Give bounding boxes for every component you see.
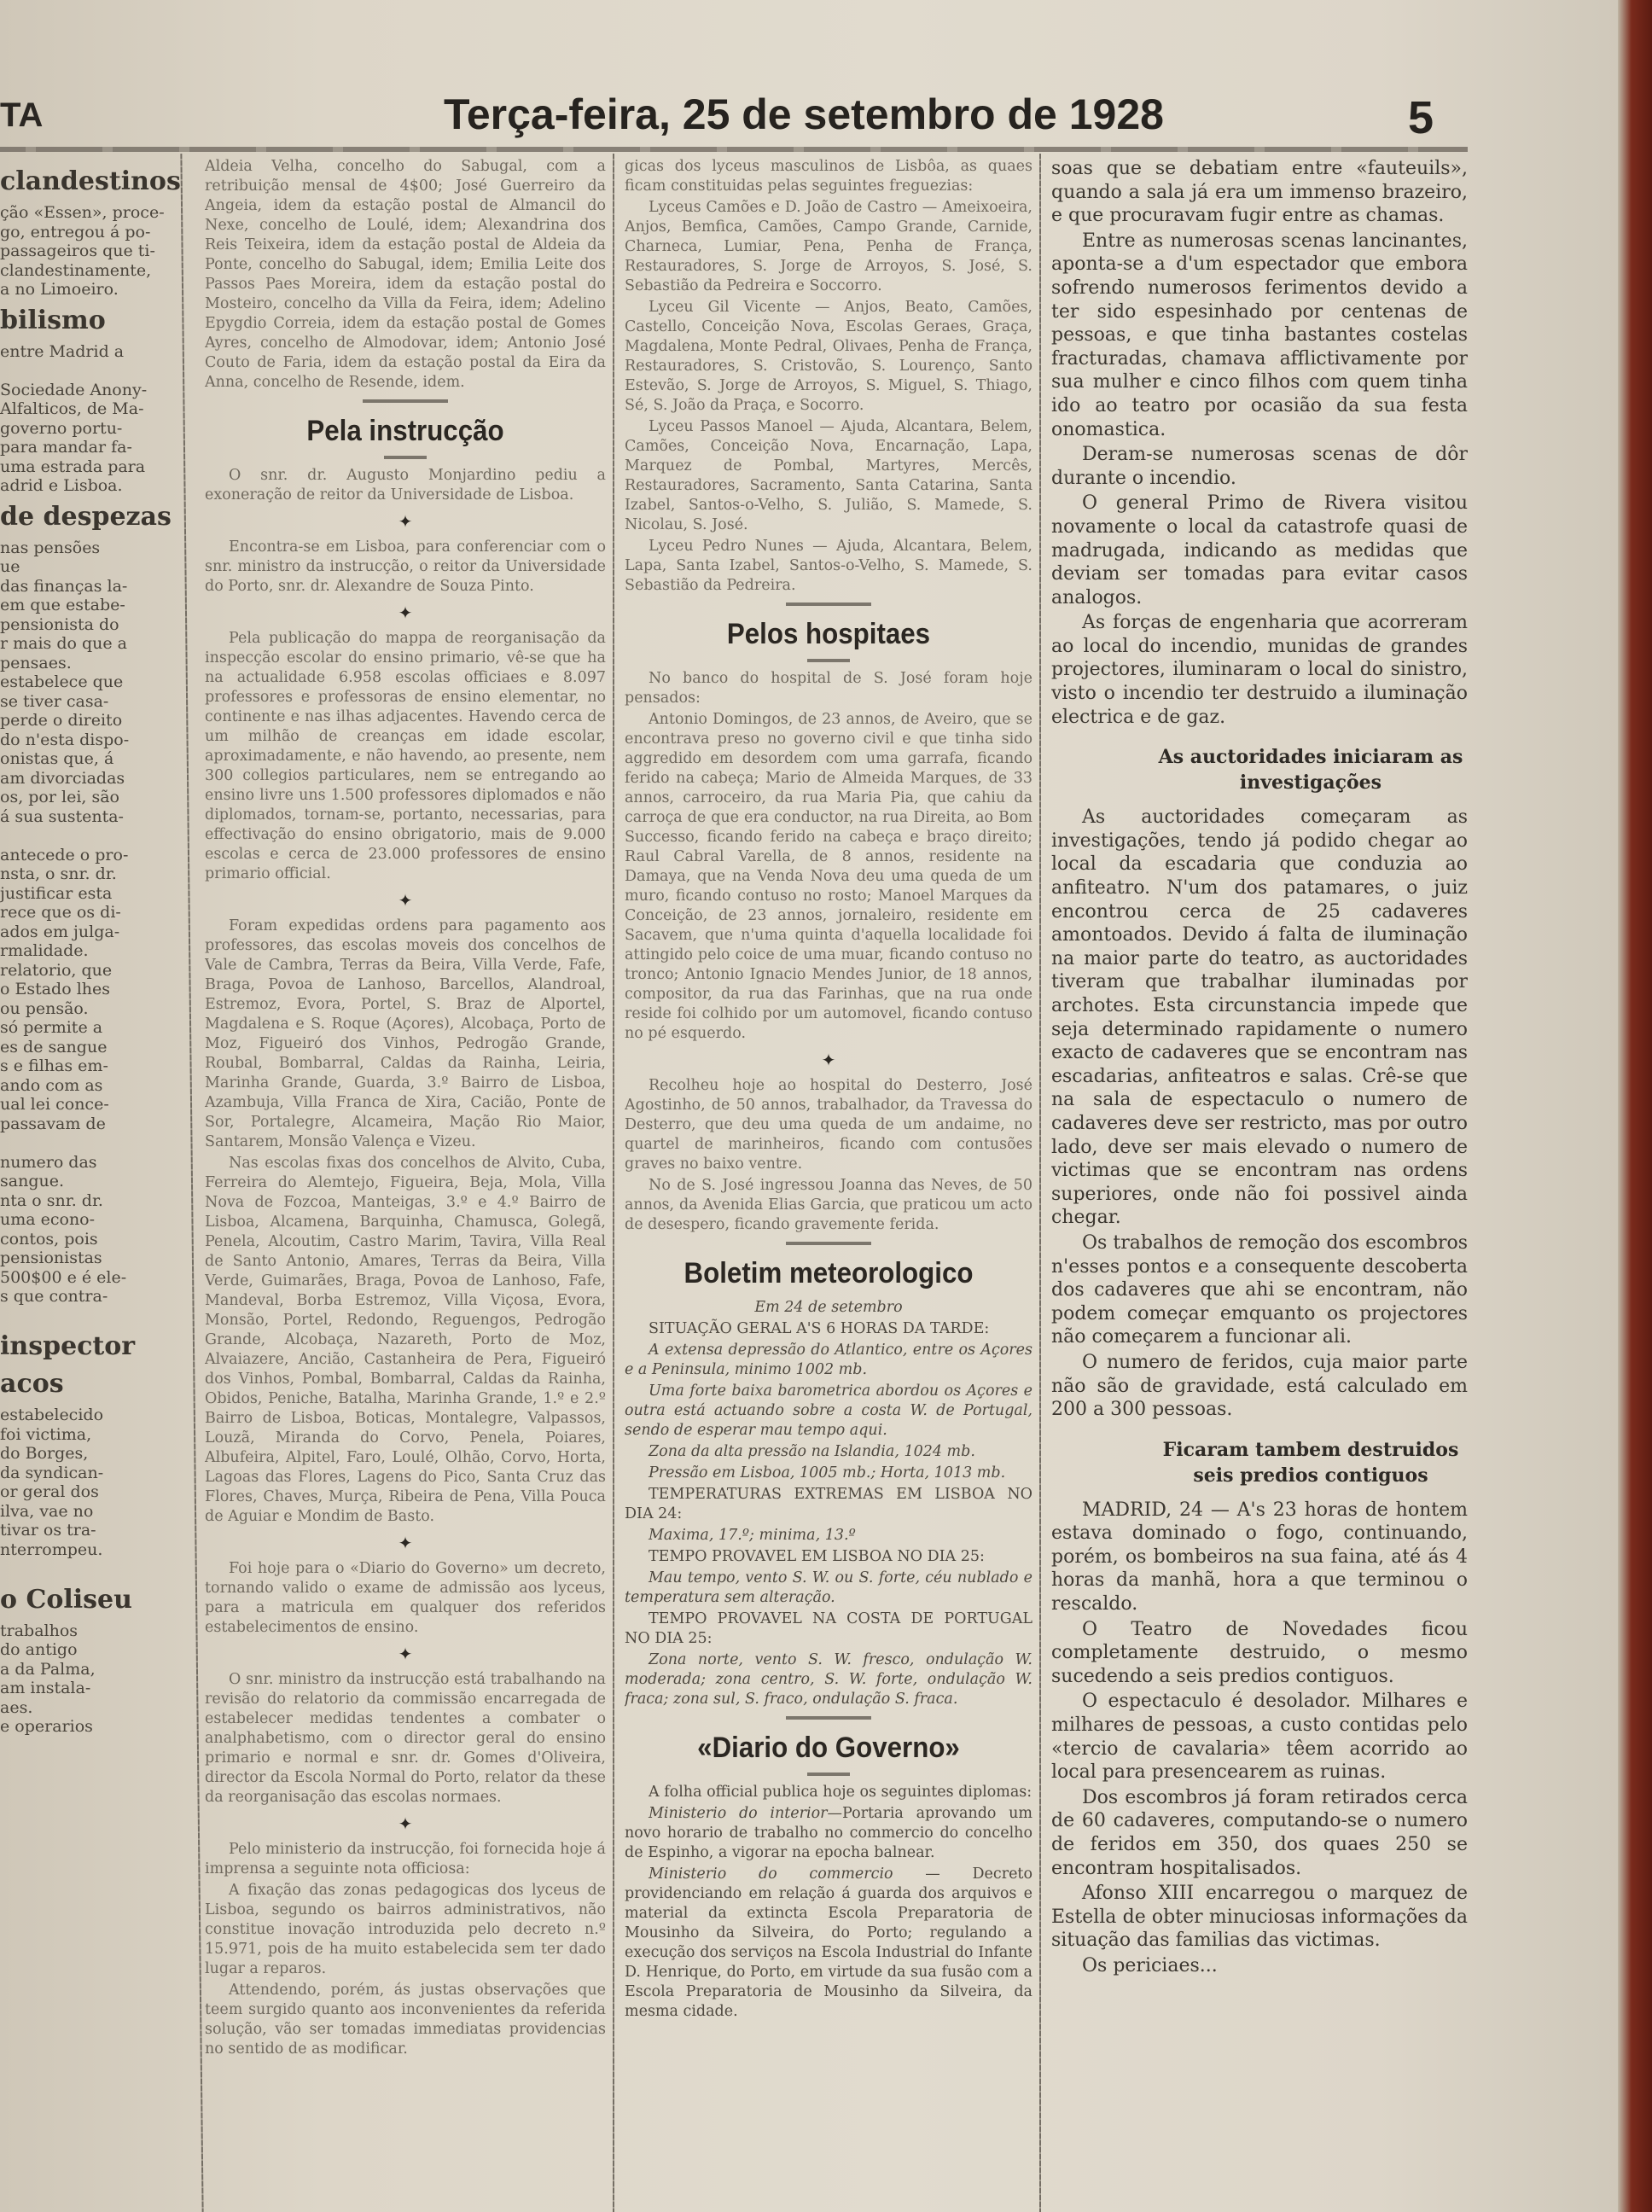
article-text: Foi hoje para o «Diario do Governo» um d… <box>205 1559 606 1638</box>
cut-line: Sociedade Anony- <box>0 381 186 400</box>
cut-line: ando com as <box>0 1076 186 1096</box>
cut-heading: o Coliseu <box>0 1584 186 1616</box>
article-text: O Teatro de Novedades ficou completament… <box>1051 1618 1468 1689</box>
header-rule <box>0 147 1468 152</box>
article-text: Lyceu Gil Vicente — Anjos, Beato, Camões… <box>625 298 1032 416</box>
section-rule <box>786 1242 871 1245</box>
heading-pela-instruccao: Pela instrucção <box>221 415 590 447</box>
star-ornament-icon: ✦ <box>625 1049 1032 1071</box>
cut-line: uma econo- <box>0 1210 186 1230</box>
weather-section-title: TEMPO PROVAVEL NA COSTA DE PORTUGAL NO D… <box>625 1610 1032 1649</box>
ministry-label: Ministerio do interior <box>649 1805 828 1822</box>
page-number: 5 <box>1408 91 1434 144</box>
cut-line: s que contra- <box>0 1287 186 1307</box>
weather-text: Mau tempo, vento S. W. ou S. forte, céu … <box>625 1569 1032 1608</box>
star-ornament-icon: ✦ <box>205 510 606 533</box>
cut-line: nsta, o snr. dr. <box>0 864 186 884</box>
cut-line <box>0 361 186 381</box>
article-text: Ministerio do commercio — Decreto provid… <box>625 1865 1032 2022</box>
article-text: Deram-se numerosas scenas de dôr durante… <box>1051 443 1468 490</box>
cut-heading: acos <box>0 1368 186 1400</box>
article-text: O general Primo de Rivera visitou novame… <box>1051 492 1468 609</box>
weather-date: Em 24 de setembro <box>625 1298 1032 1318</box>
newspaper-page: TA Terça-feira, 25 de setembro de 1928 5… <box>0 0 1621 2212</box>
cut-line: passavam de <box>0 1115 186 1134</box>
cut-line: es de sangue <box>0 1038 186 1057</box>
section-rule <box>786 1716 871 1720</box>
cut-heading: de despezas <box>0 501 186 533</box>
cut-line: para mandar fa- <box>0 438 186 457</box>
cut-line: uma estrada para <box>0 457 186 477</box>
cut-heading: clandestinos <box>0 166 186 198</box>
column-hospitaes-boletim: gicas dos lyceus masculinos de Lisbôa, a… <box>625 154 1032 2212</box>
article-text: As forças de engenharia que acorreram ao… <box>1051 611 1468 729</box>
cut-line: á sua sustenta- <box>0 807 186 827</box>
cut-line: das finanças la- <box>0 577 186 597</box>
cut-line: clandestinamente, <box>0 261 186 281</box>
cut-line: trabalhos <box>0 1621 186 1641</box>
subheading-predios-destruidos: Ficaram tambem destruidos seis predios c… <box>1154 1437 1468 1488</box>
cut-line <box>0 826 186 846</box>
weather-section-title: SITUAÇÃO GERAL A'S 6 HORAS DA TARDE: <box>625 1319 1032 1339</box>
cut-line: ilva, vae no <box>0 1502 186 1522</box>
cut-line: governo portu- <box>0 419 186 439</box>
cut-line: pensionistas <box>0 1249 186 1268</box>
article-text: Afonso XIII encarregou o marquez de Este… <box>1051 1882 1468 1953</box>
binding-edge <box>1618 0 1652 2212</box>
ministry-text: — Decreto providenciando em relação á gu… <box>625 1866 1032 2020</box>
cut-line <box>0 1133 186 1153</box>
cut-line: contos, pois <box>0 1230 186 1249</box>
cut-line: da syndican- <box>0 1464 186 1483</box>
cut-line: ção «Essen», proce- <box>0 203 186 223</box>
cut-line: passageiros que ti- <box>0 242 186 261</box>
column-instruccao: Aldeia Velha, concelho do Sabugal, com a… <box>205 154 606 2212</box>
cut-line: nas pensões <box>0 538 186 558</box>
section-rule <box>807 1773 850 1776</box>
cut-line: do n'esta dispo- <box>0 731 186 750</box>
star-ornament-icon: ✦ <box>205 602 606 624</box>
cut-line: am instala- <box>0 1679 186 1698</box>
cut-heading: bilismo <box>0 305 186 337</box>
cut-line: entre Madrid a <box>0 342 186 362</box>
article-text: No banco do hospital de S. José foram ho… <box>625 669 1032 708</box>
cut-line: estabelece que <box>0 672 186 692</box>
cut-line: onistas que, á <box>0 749 186 769</box>
article-text: MADRID, 24 — A's 23 horas de hontem esta… <box>1051 1499 1468 1616</box>
cut-line: do Borges, <box>0 1444 186 1464</box>
cut-line: aes. <box>0 1698 186 1718</box>
cut-line: s e filhas em- <box>0 1057 186 1076</box>
cut-line: ou pensão. <box>0 999 186 1019</box>
cut-line: e operarios <box>0 1717 186 1737</box>
cut-line: ual lei conce- <box>0 1095 186 1115</box>
article-text: O snr. dr. Augusto Monjardino pediu a ex… <box>205 466 606 505</box>
cut-line: antecede o pro- <box>0 846 186 865</box>
weather-text: Maxima, 17.º; minima, 13.º <box>625 1526 1032 1545</box>
article-text: No de S. José ingressou Joanna das Neves… <box>625 1176 1032 1235</box>
cut-line: a no Limoeiro. <box>0 280 186 300</box>
cut-line: go, entregou á po- <box>0 223 186 242</box>
cut-line: adrid e Lisboa. <box>0 476 186 496</box>
article-text: Pelo ministerio da instrucção, foi forne… <box>205 1840 606 1879</box>
weather-text: A extensa depressão do Atlantico, entre … <box>625 1341 1032 1380</box>
article-text: O espectaculo é desolador. Milhares e mi… <box>1051 1690 1468 1784</box>
cut-line: or geral dos <box>0 1482 186 1502</box>
cut-line: rmalidade. <box>0 941 186 961</box>
section-rule <box>384 456 427 459</box>
article-text: As auctoridades começaram as investigaçõ… <box>1051 806 1468 1230</box>
cut-line: pensaes. <box>0 654 186 673</box>
star-ornament-icon: ✦ <box>205 1643 606 1665</box>
article-text: Nas escolas fixas dos concelhos de Alvit… <box>205 1154 606 1527</box>
article-text: Entre as numerosas scenas lancinantes, a… <box>1051 230 1468 441</box>
article-text: Ministerio do interior—Portaria aprovand… <box>625 1804 1032 1863</box>
page-header: TA Terça-feira, 25 de setembro de 1928 5 <box>0 81 1502 149</box>
weather-section-title: TEMPO PROVAVEL EM LISBOA NO DIA 25: <box>625 1547 1032 1567</box>
article-text: O snr. ministro da instrucção está traba… <box>205 1670 606 1807</box>
cut-line: 500$00 e é ele- <box>0 1268 186 1288</box>
cut-line: só permite a <box>0 1018 186 1038</box>
article-text: A fixação das zonas pedagogicas dos lyce… <box>205 1881 606 1979</box>
cut-line: do antigo <box>0 1640 186 1660</box>
cut-line: sangue. <box>0 1172 186 1191</box>
cut-line: nterrompeu. <box>0 1540 186 1560</box>
cut-line: am divorciadas <box>0 769 186 789</box>
cut-line: pensionista do <box>0 615 186 635</box>
masthead-fragment: TA <box>0 96 43 135</box>
star-ornament-icon: ✦ <box>205 1532 606 1554</box>
issue-date: Terça-feira, 25 de setembro de 1928 <box>444 90 1164 139</box>
cut-heading: inspector <box>0 1330 186 1363</box>
article-text: Encontra-se em Lisboa, para conferenciar… <box>205 538 606 597</box>
cut-line: Alfalticos, de Ma- <box>0 399 186 419</box>
column-left-cut: clandestinosção «Essen», proce-go, entre… <box>0 154 186 2212</box>
cut-line: justificar esta <box>0 884 186 904</box>
cut-line: nta o snr. dr. <box>0 1191 186 1211</box>
cut-line: os, por lei, são <box>0 788 186 807</box>
article-text: Antonio Domingos, de 23 annos, de Aveiro… <box>625 710 1032 1044</box>
heading-pelos-hospitaes: Pelos hospitaes <box>641 618 1016 650</box>
article-text: soas que se debatiam entre «fauteuils», … <box>1051 157 1468 228</box>
weather-text: Zona norte, vento S. W. fresco, ondulaçã… <box>625 1650 1032 1709</box>
cut-line: relatorio, que <box>0 961 186 981</box>
cut-line: ue <box>0 557 186 577</box>
weather-section-title: TEMPERATURAS EXTREMAS EM LISBOA NO DIA 2… <box>625 1485 1032 1524</box>
section-rule <box>807 659 850 662</box>
column-divider <box>1039 154 1041 2212</box>
column-incendio-madrid: soas que se debatiam entre «fauteuils», … <box>1051 154 1468 2212</box>
article-text: Lyceus Camões e D. João de Castro — Amei… <box>625 198 1032 296</box>
article-text: Foram expedidas ordens para pagamento ao… <box>205 917 606 1152</box>
article-text: Dos escombros já foram retirados cerca d… <box>1051 1786 1468 1880</box>
cut-line: estabelecido <box>0 1406 186 1425</box>
cut-line: em que estabe- <box>0 596 186 615</box>
article-text: Recolheu hoje ao hospital do Desterro, J… <box>625 1076 1032 1174</box>
subheading-investigacoes: As auctoridades iniciaram as investigaçõ… <box>1154 744 1468 795</box>
cut-line <box>0 1559 186 1579</box>
column-divider <box>613 154 614 2212</box>
article-text: Lyceu Pedro Nunes — Ajuda, Alcantara, Be… <box>625 537 1032 596</box>
article-text: Aldeia Velha, concelho do Sabugal, com a… <box>205 157 606 393</box>
ministry-label: Ministerio do commercio <box>649 1866 893 1883</box>
cut-line: se tiver casa- <box>0 692 186 712</box>
article-text: Lyceu Passos Manoel — Ajuda, Alcantara, … <box>625 417 1032 535</box>
article-text: Os trabalhos de remoção dos escombros n'… <box>1051 1231 1468 1349</box>
cut-line: ados em julga- <box>0 923 186 942</box>
cut-line: numero das <box>0 1153 186 1173</box>
cut-line: foi victima, <box>0 1425 186 1445</box>
weather-text: Zona da alta pressão na Islandia, 1024 m… <box>625 1442 1032 1462</box>
section-rule <box>786 602 871 606</box>
weather-text: Pressão em Lisboa, 1005 mb.; Horta, 1013… <box>625 1464 1032 1483</box>
cut-line: rece que os di- <box>0 903 186 923</box>
star-ornament-icon: ✦ <box>205 1813 606 1835</box>
cut-line: tivar os tra- <box>0 1521 186 1540</box>
weather-text: Uma forte baixa barometrica abordou os A… <box>625 1382 1032 1441</box>
cut-line: o Estado lhes <box>0 980 186 999</box>
section-rule <box>363 399 448 403</box>
cut-line: perde o direito <box>0 711 186 731</box>
article-text: Pela publicação do mappa de reorganisaçã… <box>205 629 606 884</box>
cut-line: r mais do que a <box>0 634 186 654</box>
article-text: Os periciaes... <box>1051 1954 1468 1978</box>
article-text: gicas dos lyceus masculinos de Lisbôa, a… <box>625 157 1032 196</box>
star-ornament-icon: ✦ <box>205 889 606 911</box>
article-text: A folha official publica hoje os seguint… <box>625 1783 1032 1802</box>
cut-line <box>0 1307 186 1326</box>
heading-diario-do-governo: «Diario do Governo» <box>641 1732 1016 1764</box>
article-text: O numero de feridos, cuja maior parte nã… <box>1051 1351 1468 1422</box>
cut-line: a da Palma, <box>0 1660 186 1679</box>
heading-boletim-meteorologico: Boletim meteorologico <box>641 1257 1016 1289</box>
article-text: Attendendo, porém, ás justas observações… <box>205 1981 606 2059</box>
